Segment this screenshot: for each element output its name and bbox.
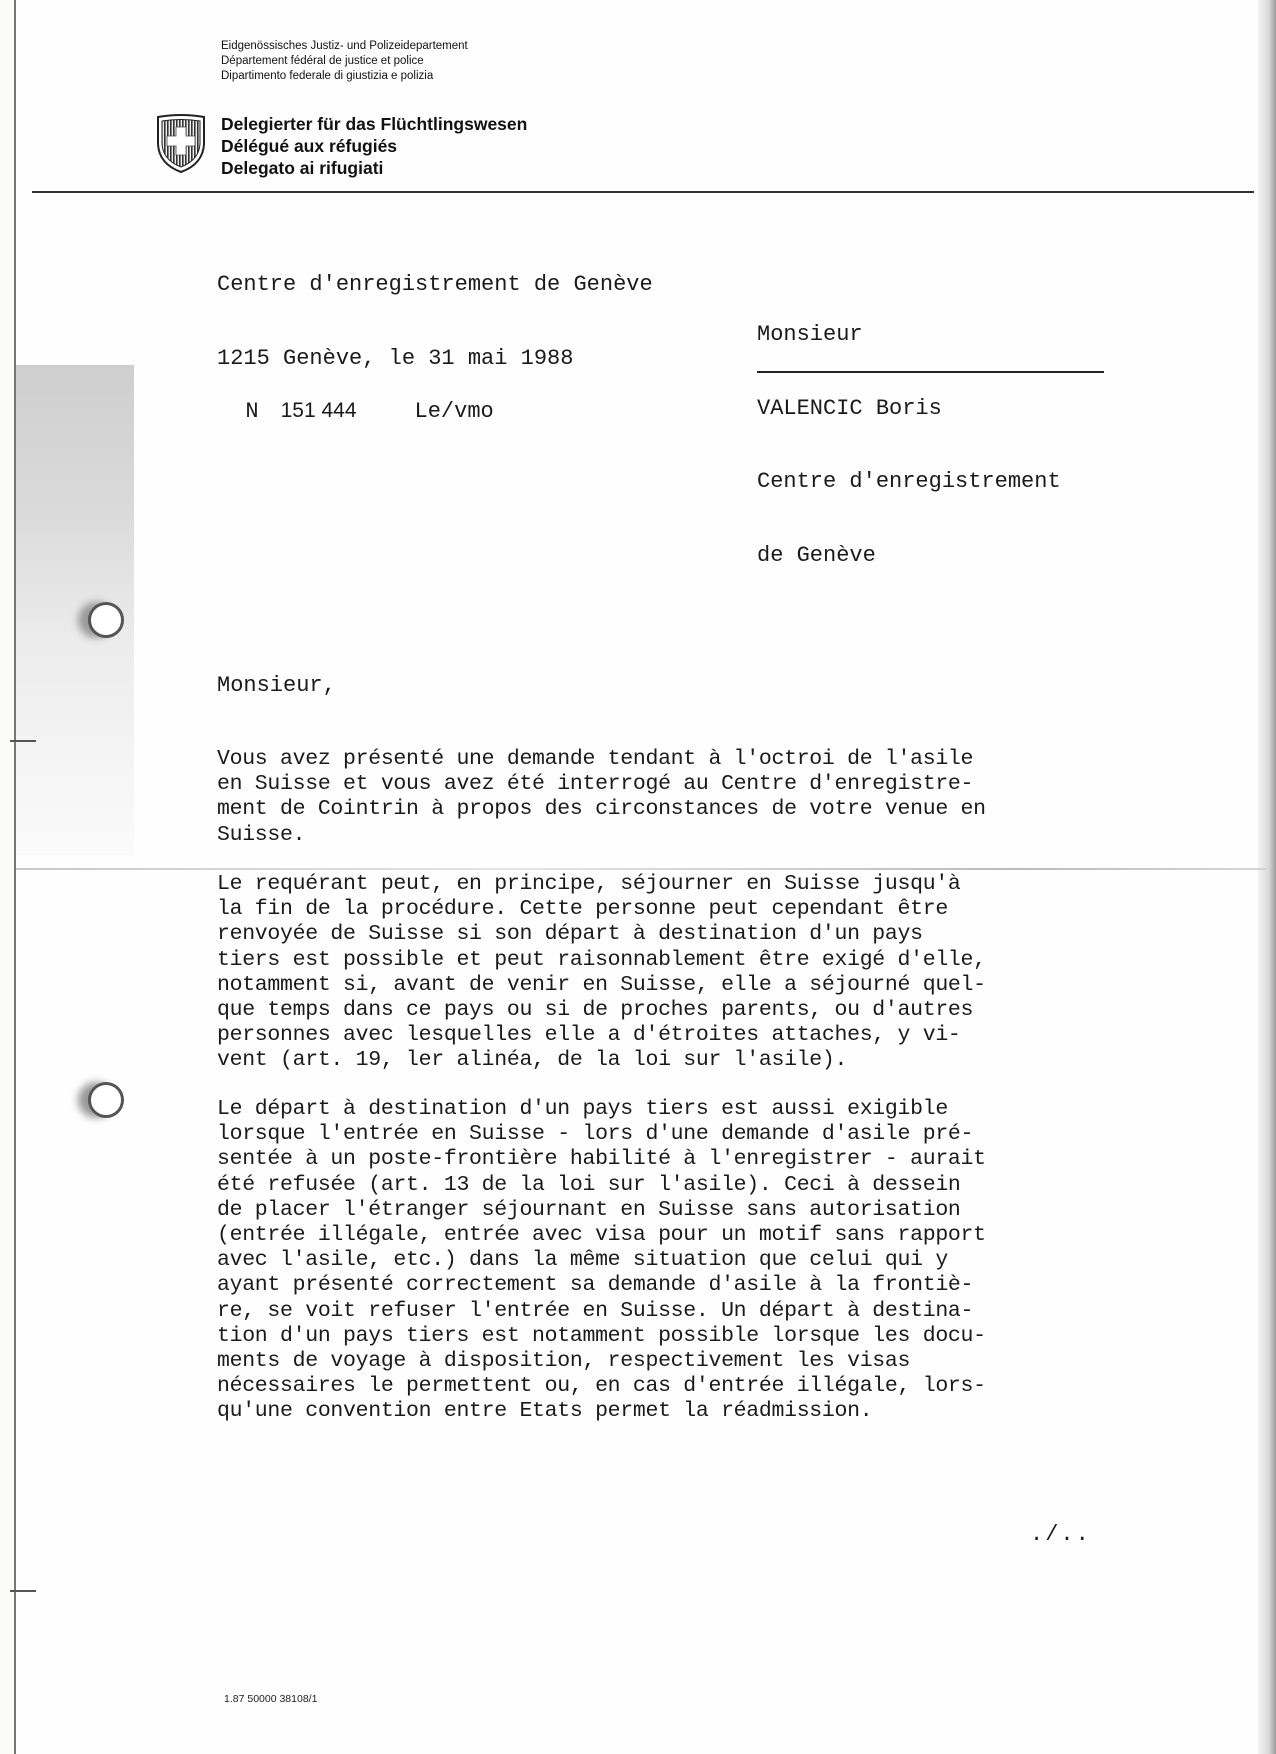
recipient-address: Monsieur VALENCIC Boris Centre d'enregis… (757, 274, 1061, 593)
continuation-mark: ./.. (1030, 1522, 1091, 1547)
recipient-address-line1: Centre d'enregistrement (757, 470, 1061, 495)
letterhead-office: Delegierter für das Flüchtlingswesen Dél… (221, 113, 527, 179)
reference-line: N151 444Le/vmo (219, 374, 494, 424)
office-line-it: Delegato ai rifugiati (221, 157, 527, 179)
fold-crease (16, 868, 1266, 870)
reference-initials: Le/vmo (415, 399, 494, 424)
department-line-de: Eidgenössisches Justiz- und Polizeidepar… (221, 39, 468, 54)
recipient-underline (757, 371, 1104, 373)
department-line-it: Dipartimento federale di giustizia e pol… (221, 69, 468, 84)
department-line-fr: Département fédéral de justice et police (221, 54, 468, 69)
punch-hole-top (88, 602, 124, 638)
office-line-de: Delegierter für das Flüchtlingswesen (221, 113, 527, 135)
sender-address: Centre d'enregistrement de Genève 1215 G… (217, 224, 653, 396)
reference-number: 151 444 (281, 399, 357, 422)
punch-hole-bottom (88, 1082, 124, 1118)
recipient-address-line2: de Genève (757, 544, 1061, 569)
sender-office: Centre d'enregistrement de Genève (217, 273, 653, 298)
office-line-fr: Délégué aux réfugiés (221, 135, 527, 157)
body-paragraph-1: Vous avez présenté une demande tendant à… (217, 747, 986, 848)
letterhead-department: Eidgenössisches Justiz- und Polizeidepar… (221, 39, 468, 84)
body-paragraph-3: Le départ à destination d'un pays tiers … (217, 1097, 986, 1425)
header-divider (32, 191, 1254, 193)
swiss-coat-of-arms-icon (155, 114, 207, 174)
form-code: 1.87 50000 38108/1 (224, 1693, 317, 1705)
margin-tick (10, 740, 36, 742)
reference-prefix: N (245, 399, 258, 424)
recipient-title: Monsieur (757, 323, 1061, 348)
recipient-name: VALENCIC Boris (757, 397, 1061, 422)
salutation: Monsieur, (217, 674, 336, 699)
margin-tick (10, 1590, 36, 1592)
body-paragraph-2: Le requérant peut, en principe, séjourne… (217, 872, 986, 1074)
sender-place-date: 1215 Genève, le 31 mai 1988 (217, 347, 653, 372)
paper-edge (1258, 0, 1276, 1754)
